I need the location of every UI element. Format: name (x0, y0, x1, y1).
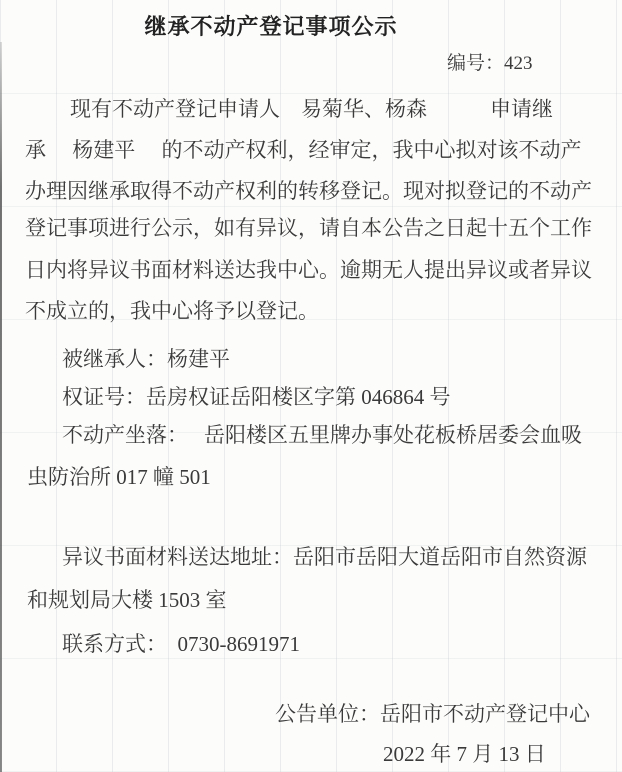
body-line-3: 办理因继承取得不动产权利的转移登记。现对拟登记的不动产 (25, 175, 592, 205)
field-certificate: 权证号：岳房权证岳阳楼区字第 046864 号 (62, 381, 451, 411)
issuer: 公告单位：岳阳市不动产登记中心 (275, 698, 590, 728)
decedent-value: 杨建平 (167, 347, 230, 371)
body-line-2: 承 杨建平 的不动产权利，经审定，我中心拟对该不动产 (25, 134, 582, 164)
field-location: 不动产坐落：岳阳楼区五里牌办事处花板桥居委会血吸 (62, 419, 582, 449)
issuer-label: 公告单位： (275, 702, 380, 726)
objection-address-value: 岳阳市岳阳大道岳阳市自然资源 (293, 545, 587, 569)
field-contact: 联系方式： 0730-8691971 (62, 628, 300, 658)
location-value: 岳阳楼区五里牌办事处花板桥居委会血吸 (204, 423, 582, 447)
certificate-label: 权证号： (62, 385, 146, 409)
notice-date: 2022 年 7 月 13 日 (383, 738, 546, 768)
scan-edge-artifact (0, 42, 2, 772)
body-line-4: 登记事项进行公示，如有异议，请自本公告之日起十五个工作 (25, 212, 592, 242)
field-objection-address-continued: 和规划局大楼 1503 室 (27, 584, 227, 614)
certificate-value: 岳房权证岳阳楼区字第 046864 号 (146, 385, 451, 409)
contact-label: 联系方式： (62, 632, 157, 656)
notice-title: 继承不动产登记事项公示 (0, 10, 622, 41)
objection-address-label: 异议书面材料送达地址： (62, 545, 293, 569)
body-line-6: 不成立的，我中心将予以登记。 (25, 295, 319, 325)
body-line-5: 日内将异议书面材料送达我中心。逾期无人提出异议或者异议 (25, 254, 592, 284)
doc-number-label: 编号： (447, 53, 504, 74)
contact-value: 0730-8691971 (157, 632, 301, 656)
body-line-1: 现有不动产登记申请人 易菊华、杨森 申请继 (70, 93, 553, 123)
location-label: 不动产坐落： (62, 423, 188, 447)
field-location-continued: 虫防治所 017 幢 501 (27, 461, 211, 491)
field-objection-address: 异议书面材料送达地址：岳阳市岳阳大道岳阳市自然资源 (62, 541, 587, 571)
doc-number: 编号：423 (447, 48, 533, 75)
issuer-value: 岳阳市不动产登记中心 (380, 702, 590, 726)
scanned-notice-page: 继承不动产登记事项公示 编号：423 现有不动产登记申请人 易菊华、杨森 申请继… (0, 0, 622, 772)
doc-number-value: 423 (504, 53, 533, 74)
decedent-label: 被继承人： (62, 347, 167, 371)
field-decedent: 被继承人：杨建平 (62, 343, 230, 373)
